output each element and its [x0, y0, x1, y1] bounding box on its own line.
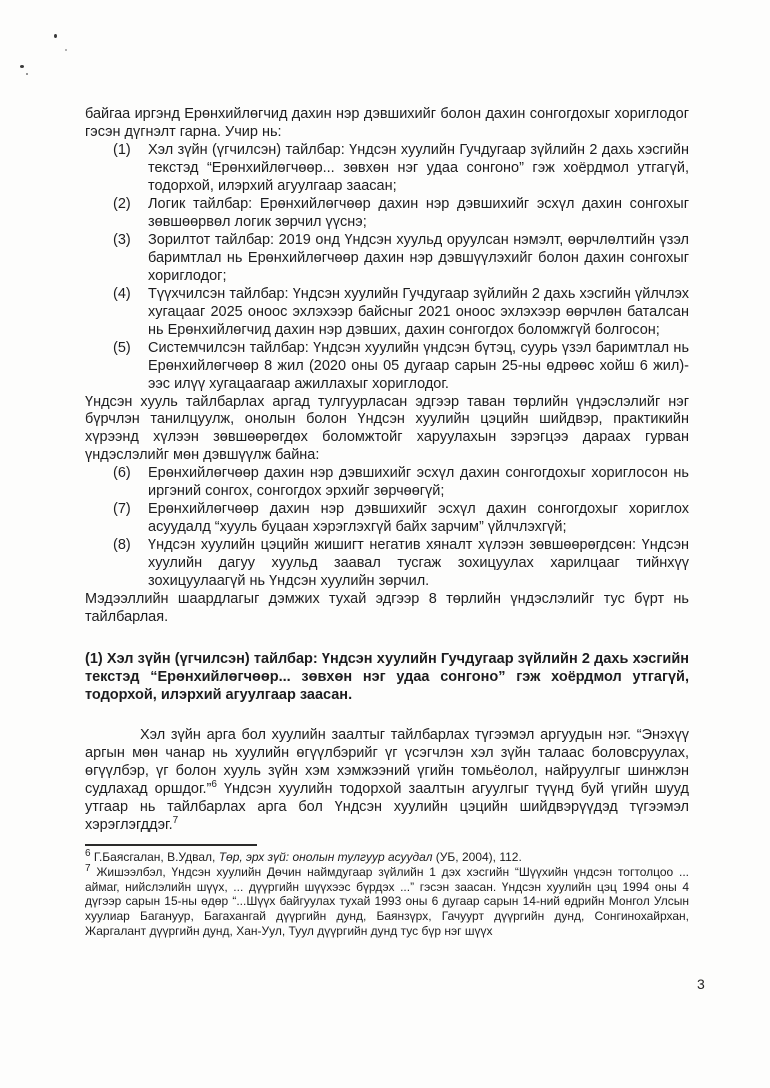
item-number: (6) — [113, 465, 148, 483]
footnote-7: 7 Жишээлбэл, Үндсэн хуулийн Дөчин наймду… — [85, 865, 689, 939]
footnote-marker: 7 — [85, 863, 91, 874]
page-number: 3 — [697, 976, 705, 992]
item-text: Хэл зүйн (үгчилсэн) тайлбар: Үндсэн хуул… — [148, 142, 689, 196]
scan-speck — [20, 65, 24, 68]
list-item: (2) Логик тайлбар: Ерөнхийлөгчөөр дахин … — [85, 196, 689, 232]
scan-speck — [65, 49, 67, 51]
list-item: (6) Ерөнхийлөгчөөр дахин нэр дэвшихийг э… — [85, 465, 689, 501]
item-number: (4) — [113, 286, 148, 304]
footnote-text: (УБ, 2004), 112. — [432, 850, 521, 864]
item-number: (2) — [113, 196, 148, 214]
middle-paragraph: Үндсэн хууль тайлбарлах аргад тулгуурлас… — [85, 394, 689, 466]
list-item: (1) Хэл зүйн (үгчилсэн) тайлбар: Үндсэн … — [85, 142, 689, 196]
list-item: (8) Үндсэн хуулийн цэцийн жишигт негатив… — [85, 537, 689, 591]
grounds-list-6-8: (6) Ерөнхийлөгчөөр дахин нэр дэвшихийг э… — [85, 465, 689, 591]
item-number: (7) — [113, 501, 148, 519]
footnotes: 6 Г.Баясгалан, В.Удвал, Төр, эрх зүй: он… — [85, 850, 689, 939]
intro-paragraph: байгаа иргэнд Ерөнхийлөгчид дахин нэр дэ… — [85, 106, 689, 142]
item-text: Түүхчилсэн тайлбар: Үндсэн хуулийн Гучду… — [148, 286, 689, 340]
item-text: Логик тайлбар: Ерөнхийлөгчөөр дахин нэр … — [148, 196, 689, 232]
scan-speck — [54, 34, 57, 38]
item-text: Системчилсэн тайлбар: Үндсэн хуулийн үнд… — [148, 340, 689, 394]
footnote-6: 6 Г.Баясгалан, В.Удвал, Төр, эрх зүй: он… — [85, 850, 689, 865]
item-text: Үндсэн хуулийн цэцийн жишигт негатив хян… — [148, 537, 689, 591]
closing-paragraph: Мэдээллийн шаардлагыг дэмжих тухай эдгээ… — [85, 591, 689, 627]
section-body-paragraph: Хэл зүйн арга бол хуулийн заалтыг тайлба… — [85, 727, 689, 835]
item-text: Ерөнхийлөгчөөр дахин нэр дэвшихийг эсхүл… — [148, 501, 689, 537]
page-body: байгаа иргэнд Ерөнхийлөгчид дахин нэр дэ… — [85, 106, 689, 939]
item-text: Ерөнхийлөгчөөр дахин нэр дэвшихийг эсхүл… — [148, 465, 689, 501]
scan-speck — [26, 73, 28, 75]
list-item: (5) Системчилсэн тайлбар: Үндсэн хуулийн… — [85, 340, 689, 394]
item-number: (3) — [113, 232, 148, 250]
list-item: (3) Зорилтот тайлбар: 2019 онд Үндсэн ху… — [85, 232, 689, 286]
footnote-marker: 6 — [85, 848, 91, 859]
item-number: (8) — [113, 537, 148, 555]
item-number: (1) — [113, 142, 148, 160]
section-heading: (1) Хэл зүйн (үгчилсэн) тайлбар: Үндсэн … — [85, 651, 689, 705]
item-number: (5) — [113, 340, 148, 358]
grounds-list-1-5: (1) Хэл зүйн (үгчилсэн) тайлбар: Үндсэн … — [85, 142, 689, 394]
footnote-separator — [85, 844, 257, 846]
list-item: (7) Ерөнхийлөгчөөр дахин нэр дэвшихийг э… — [85, 501, 689, 537]
item-text: Зорилтот тайлбар: 2019 онд Үндсэн хуульд… — [148, 232, 689, 286]
document-page: байгаа иргэнд Ерөнхийлөгчид дахин нэр дэ… — [0, 0, 770, 1088]
list-item: (4) Түүхчилсэн тайлбар: Үндсэн хуулийн Г… — [85, 286, 689, 340]
footnote-ref-7: 7 — [173, 815, 179, 826]
footnote-text: Г.Баясгалан, В.Удвал, — [94, 850, 219, 864]
footnote-citation-title: Төр, эрх зүй: онолын тулгуур асуудал — [219, 850, 433, 864]
footnote-text: Жишээлбэл, Үндсэн хуулийн Дөчин наймдуга… — [85, 865, 689, 939]
